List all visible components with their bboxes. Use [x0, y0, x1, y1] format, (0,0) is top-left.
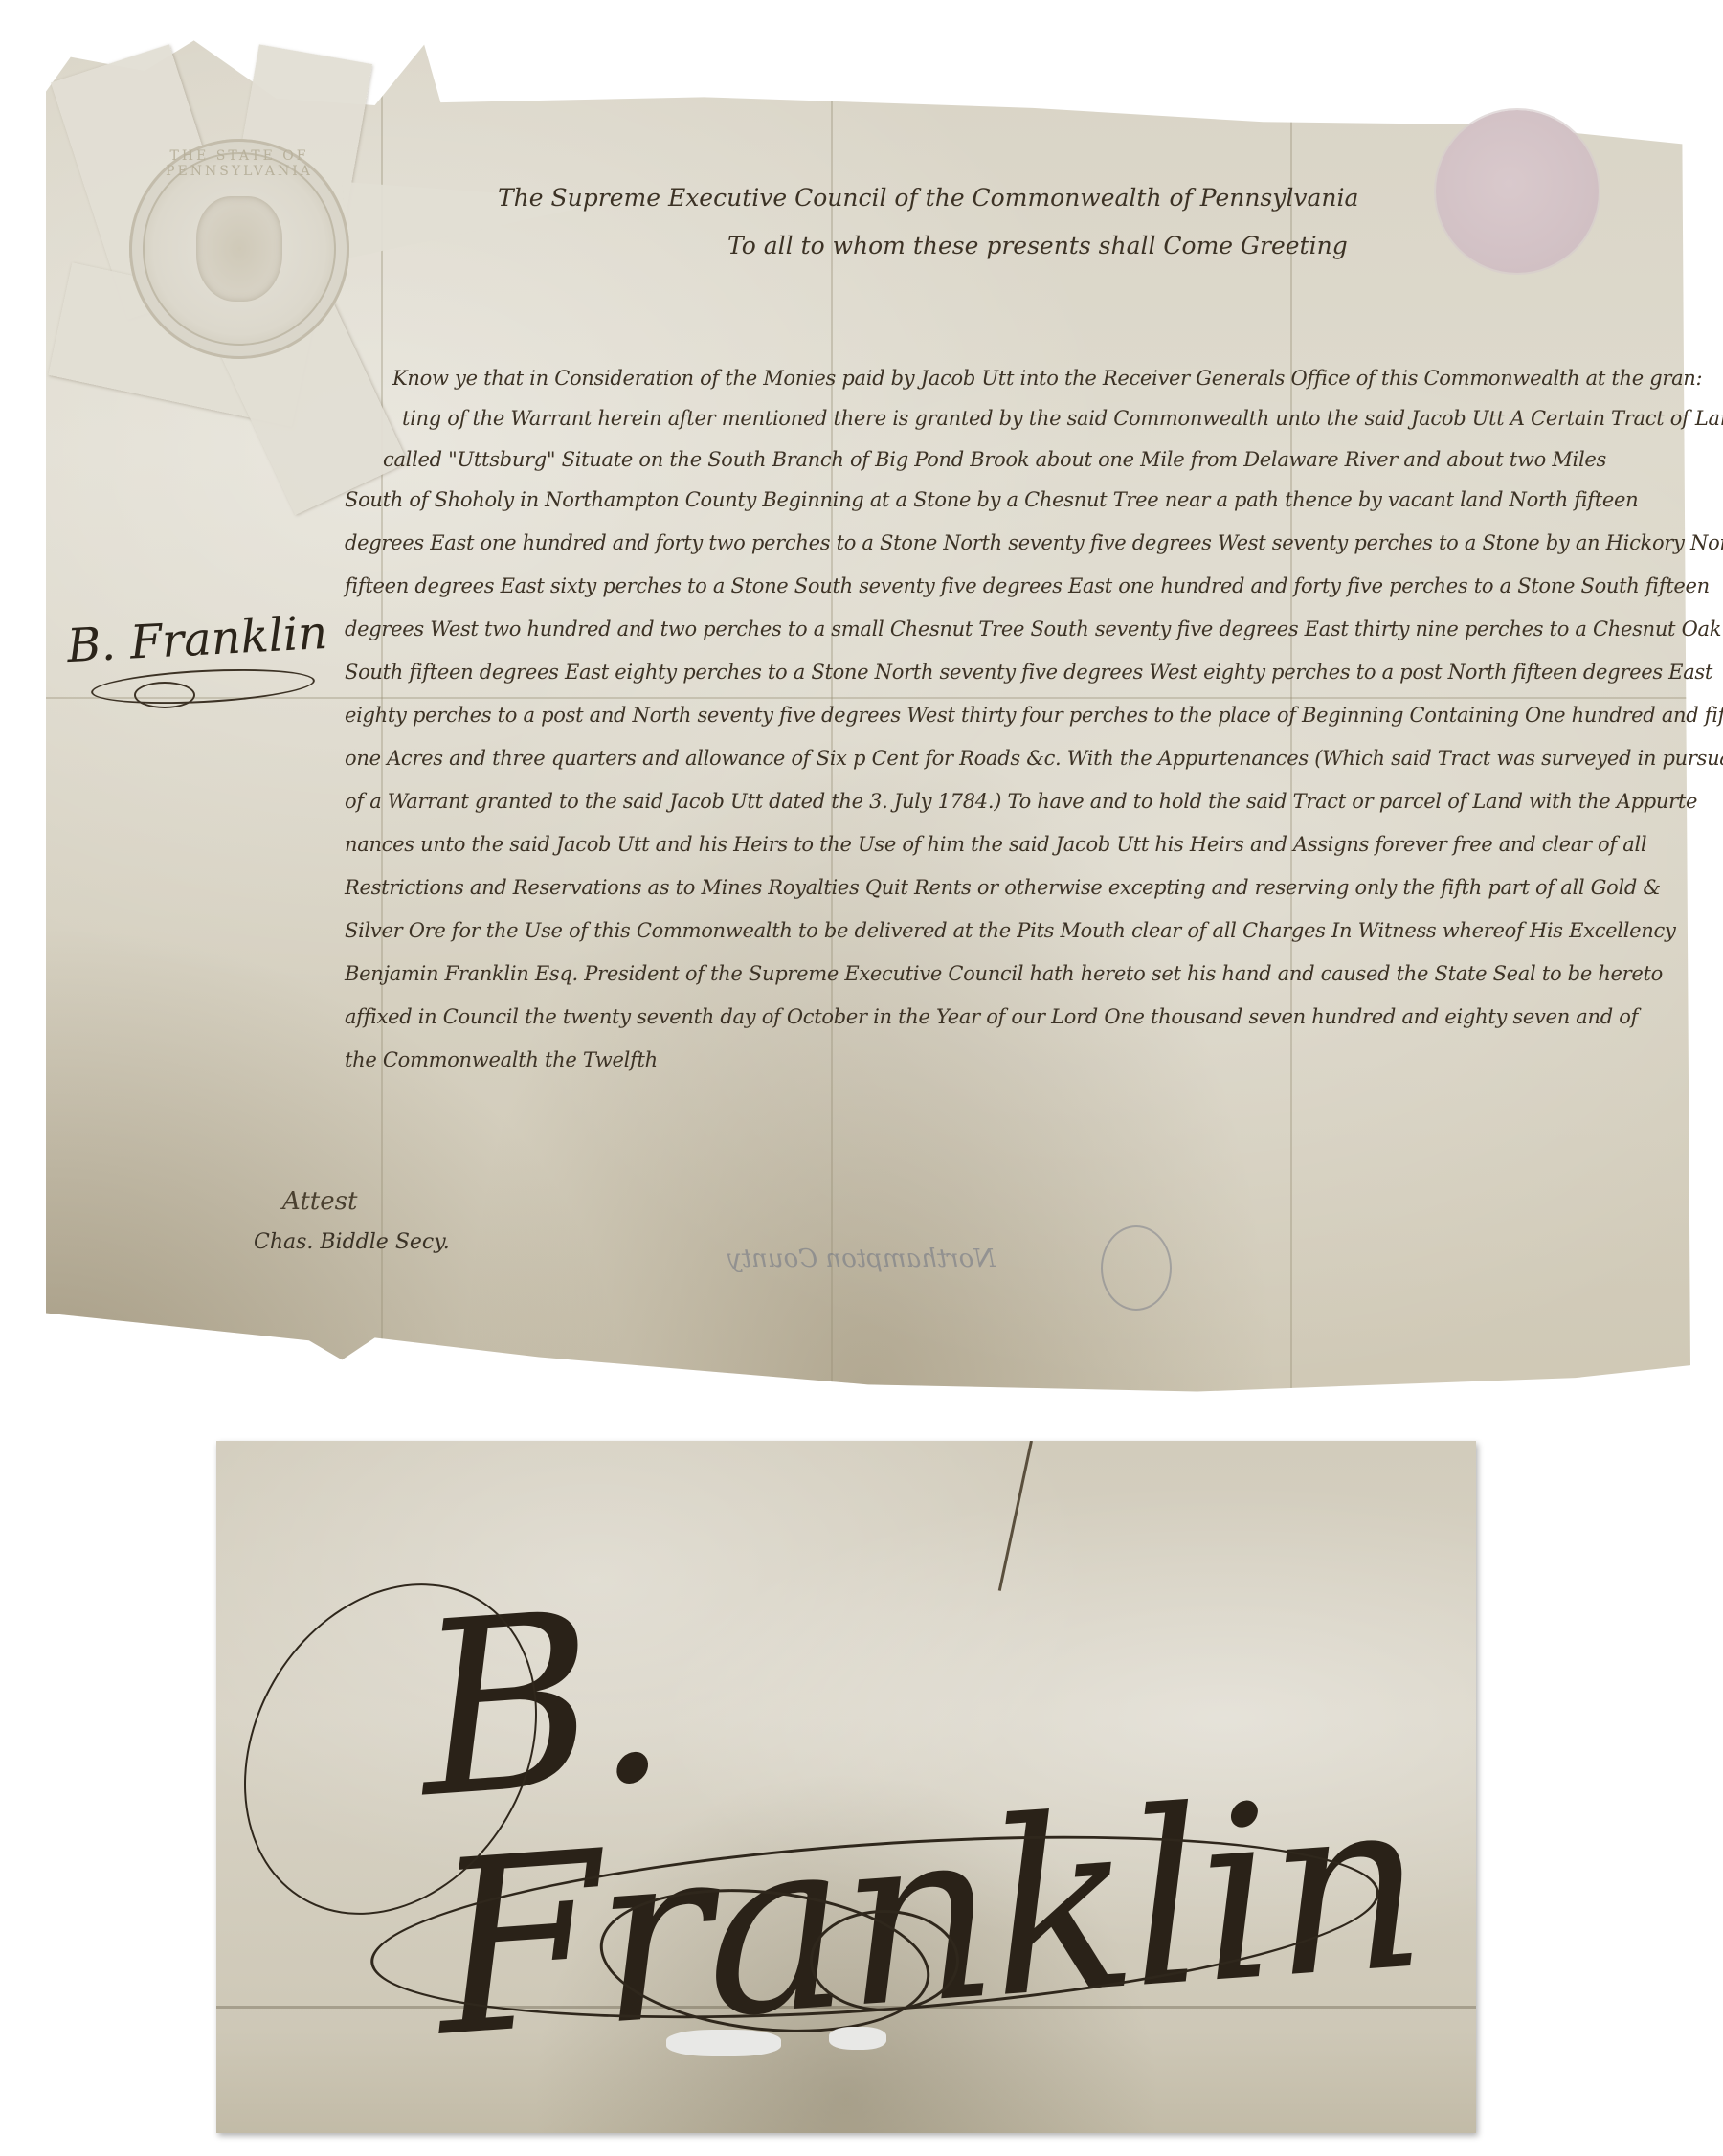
- body-line: eighty perches to a post and North seven…: [345, 704, 1723, 727]
- body-line: nances unto the said Jacob Utt and his H…: [345, 833, 1646, 856]
- fold-line: [46, 697, 1690, 699]
- body-line: called "Uttsburg" Situate on the South B…: [383, 448, 1606, 471]
- attest-label: Attest: [282, 1187, 357, 1216]
- wafer-seal: [1436, 110, 1599, 273]
- body-line: South of Shoholy in Northampton County B…: [345, 488, 1638, 511]
- body-line: Silver Ore for the Use of this Commonwea…: [345, 919, 1676, 942]
- paper-tear: [666, 2030, 781, 2056]
- docket-circle-icon: [1101, 1225, 1172, 1311]
- body-line: of a Warrant granted to the said Jacob U…: [345, 790, 1697, 813]
- signature-flourish: [810, 1910, 959, 2011]
- body-line: ting of the Warrant herein after mention…: [402, 407, 1723, 430]
- body-line: Restrictions and Reservations as to Mine…: [345, 876, 1661, 899]
- paper-tear: [829, 2027, 886, 2050]
- body-line: degrees East one hundred and forty two p…: [345, 531, 1723, 554]
- embossed-state-seal: THE STATE OF PENNSYLVANIA: [129, 139, 349, 359]
- body-line: Know ye that in Consideration of the Mon…: [392, 367, 1702, 390]
- body-line: one Acres and three quarters and allowan…: [345, 747, 1723, 770]
- document-greeting: To all to whom these presents shall Come…: [727, 232, 1348, 259]
- seal-crest-icon: [196, 196, 282, 302]
- signature-detail-panel: B. Franklin: [216, 1441, 1476, 2133]
- body-line: affixed in Council the twenty seventh da…: [345, 1005, 1638, 1028]
- body-line: the Commonwealth the Twelfth: [345, 1048, 658, 1071]
- body-line: fifteen degrees East sixty perches to a …: [345, 574, 1710, 597]
- docket-showthrough: Northampton County: [727, 1245, 996, 1273]
- document-heading: The Supreme Executive Council of the Com…: [498, 184, 1358, 212]
- seal-legend: THE STATE OF PENNSYLVANIA: [129, 148, 349, 179]
- attest-signature: Chas. Biddle Secy.: [254, 1230, 450, 1254]
- body-line: degrees West two hundred and two perches…: [345, 618, 1721, 640]
- body-line: Benjamin Franklin Esq. President of the …: [345, 962, 1663, 985]
- signature-flourish: [134, 682, 195, 708]
- body-line: South fifteen degrees East eighty perche…: [345, 661, 1712, 684]
